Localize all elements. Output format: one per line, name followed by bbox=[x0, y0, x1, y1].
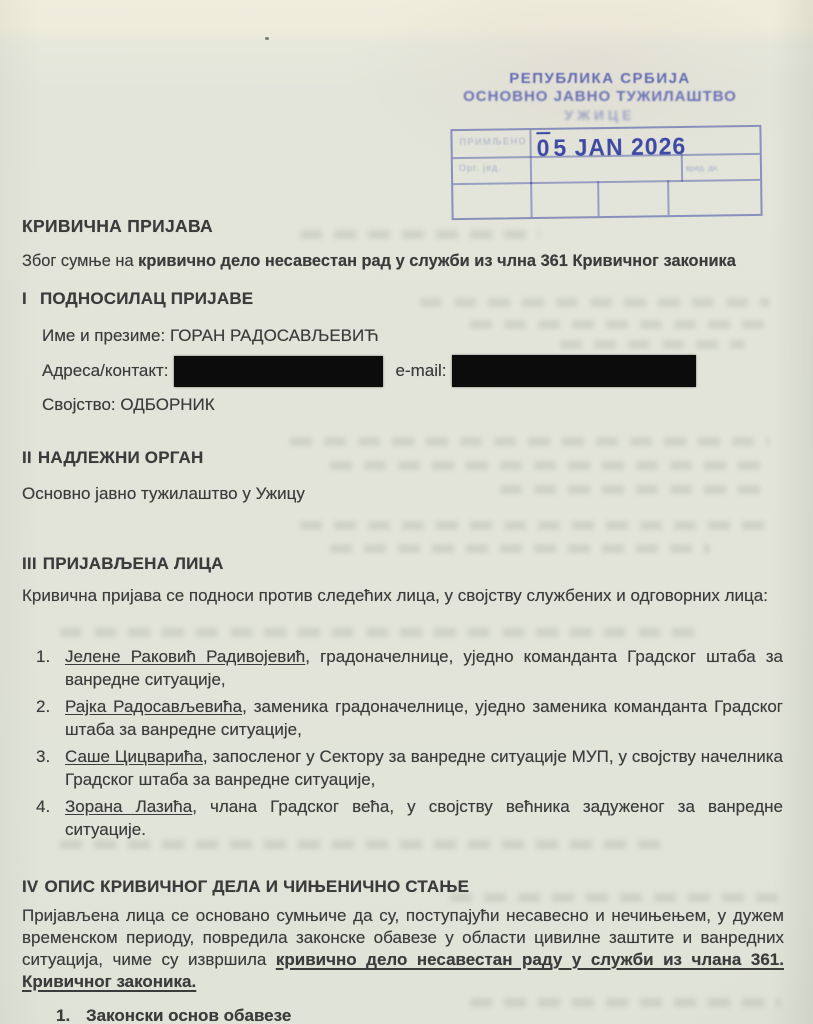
list-item: 4. Зорана Лазића, члана Градског већа, у… bbox=[36, 796, 783, 841]
reported-persons-list: 1. Јелене Раковић Радивојевић, градоначе… bbox=[36, 646, 783, 846]
section-heading-authority: IIНАДЛЕЖНИ ОРГАН bbox=[22, 447, 204, 470]
list-item-text: Саше Цицварића, запосленог у Сектору за … bbox=[65, 746, 783, 791]
legal-basis-subitem: 1.Законски основ обавезе bbox=[56, 1005, 291, 1024]
bleedthrough-line bbox=[60, 628, 700, 637]
list-item: 3. Саше Цицварића, запосленог у Сектору … bbox=[36, 746, 783, 791]
section-number: III bbox=[22, 553, 37, 576]
reason-emphasis: кривично дело несавестан рад у служби из… bbox=[138, 252, 736, 270]
stamp-org-line1: РЕПУБЛИКА СРБИЈА bbox=[455, 70, 745, 87]
section-number: I bbox=[22, 288, 27, 311]
scan-speck bbox=[265, 37, 269, 40]
stamp-org-unit-label: Орг. јед. bbox=[459, 162, 502, 173]
bleedthrough-line bbox=[470, 320, 770, 329]
stamp-received-label: ПРИМЉЕНО bbox=[459, 136, 527, 147]
section-heading-reported: IIIПРИЈАВЉЕНА ЛИЦА bbox=[22, 553, 224, 576]
stamp-line bbox=[453, 179, 760, 185]
section-heading-description: IVОПИС КРИВИЧНОГ ДЕЛА И ЧИЊЕНИЧНО СТАЊЕ bbox=[22, 876, 469, 899]
reported-intro-paragraph: Кривична пријава се подноси против следе… bbox=[22, 585, 784, 608]
name-value: ГОРАН РАДОСАВЉЕВИЋ bbox=[170, 326, 379, 345]
name-label: Име и презиме: bbox=[42, 326, 170, 345]
submitter-capacity-line: Својство: ОДБОРНИК bbox=[42, 394, 215, 417]
stamp-date-text: 5 JAN 2026 bbox=[553, 132, 686, 161]
email-label: e-mail: bbox=[396, 360, 447, 383]
section-title: НАДЛЕЖНИ ОРГАН bbox=[38, 448, 204, 467]
reason-line: Због сумње на кривично дело несавестан р… bbox=[22, 250, 736, 273]
bleedthrough-line bbox=[470, 998, 780, 1007]
stamp-date-zero: 0 bbox=[536, 134, 550, 161]
section-title: ОПИС КРИВИЧНОГ ДЕЛА И ЧИЊЕНИЧНО СТАЊЕ bbox=[44, 877, 469, 896]
bleedthrough-line bbox=[560, 340, 745, 349]
bleedthrough-line bbox=[300, 230, 540, 239]
section-title: ПОДНОСИЛАЦ ПРИЈАВЕ bbox=[40, 289, 253, 308]
reported-person-name: Зорана Лазића bbox=[65, 797, 192, 816]
bleedthrough-line bbox=[500, 485, 760, 494]
stamp-org-line3: УЖИЦЕ bbox=[455, 107, 745, 123]
capacity-label: Својство: bbox=[42, 395, 120, 414]
reported-person-name: Саше Цицварића bbox=[65, 747, 203, 766]
section-title: ПРИЈАВЉЕНА ЛИЦА bbox=[43, 554, 224, 573]
list-item-number: 2. bbox=[36, 696, 65, 741]
stamp-line bbox=[667, 180, 669, 215]
list-item: 2. Рајка Радосављевића, заменика градона… bbox=[36, 696, 783, 741]
section-number: IV bbox=[22, 876, 38, 899]
stamp-line bbox=[597, 181, 599, 216]
subitem-text: Законски основ обавезе bbox=[86, 1006, 291, 1024]
reason-prefix: Због сумње на bbox=[22, 252, 138, 270]
list-item-number: 3. bbox=[36, 746, 65, 791]
list-item-text: Јелене Раковић Радивојевић, градоначелни… bbox=[65, 646, 783, 691]
stamp-line bbox=[529, 130, 532, 184]
section-number: II bbox=[22, 447, 32, 470]
bleedthrough-line bbox=[290, 437, 770, 446]
redacted-email-box bbox=[452, 355, 696, 387]
stamp-line bbox=[530, 182, 532, 217]
list-item-text: Зорана Лазића, члана Градског већа, у св… bbox=[65, 796, 783, 841]
bleedthrough-line bbox=[330, 544, 710, 553]
document-title: КРИВИЧНА ПРИЈАВА bbox=[22, 215, 213, 238]
submitter-contact-line: Адреса/контакт: e-mail: bbox=[42, 353, 696, 389]
bleedthrough-line bbox=[420, 298, 770, 307]
address-label: Адреса/контакт: bbox=[42, 360, 169, 383]
submitter-name-line: Име и презиме: ГОРАН РАДОСАВЉЕВИЋ bbox=[42, 325, 379, 348]
bleedthrough-line bbox=[450, 893, 780, 902]
description-paragraph: Пријављена лица се основано сумњиче да с… bbox=[22, 905, 784, 993]
stamp-receipt-table: ПРИМЉЕНО Орг. јед. вред. дн. 05 JAN 2026 bbox=[450, 125, 762, 220]
list-item-text: Рајка Радосављевића, заменика градоначел… bbox=[65, 696, 783, 741]
list-item-number: 1. bbox=[36, 646, 65, 691]
section-heading-submitter: IПОДНОСИЛАЦ ПРИЈАВЕ bbox=[22, 288, 253, 311]
reported-person-name: Рајка Радосављевића bbox=[65, 697, 242, 716]
list-item: 1. Јелене Раковић Радивојевић, градоначе… bbox=[36, 646, 783, 691]
bleedthrough-line bbox=[300, 521, 770, 530]
scanned-document-page: РЕПУБЛИКА СРБИЈА ОСНОВНО ЈАВНО ТУЖИЛАШТВ… bbox=[0, 0, 813, 1024]
capacity-value: ОДБОРНИК bbox=[120, 395, 214, 414]
reported-person-name: Јелене Раковић Радивојевић bbox=[65, 647, 305, 666]
subitem-number: 1. bbox=[56, 1005, 86, 1024]
list-item-number: 4. bbox=[36, 796, 65, 841]
stamp-value-label: вред. дн. bbox=[686, 163, 720, 172]
authority-body: Основно јавно тужилаштво у Ужицу bbox=[22, 483, 305, 506]
redacted-address-box bbox=[174, 356, 383, 387]
stamp-org-line2: ОСНОВНО ЈАВНО ТУЖИЛАШТВО bbox=[436, 88, 764, 105]
stamp-date: 05 JAN 2026 bbox=[536, 132, 686, 162]
bleedthrough-line bbox=[330, 461, 760, 470]
